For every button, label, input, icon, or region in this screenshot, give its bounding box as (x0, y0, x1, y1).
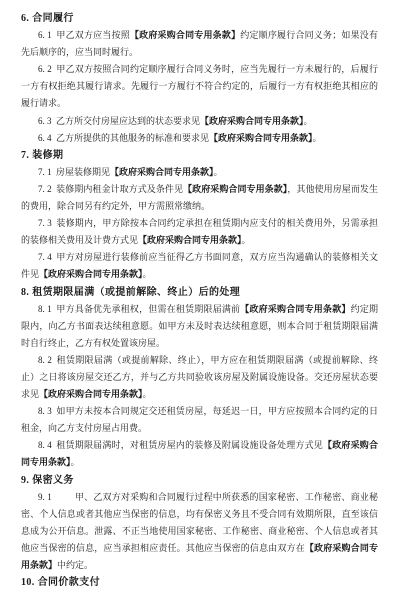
special-terms-reference: 【政府采购合同专用条款】 (240, 304, 350, 314)
section-heading: 7. 装修期 (21, 147, 378, 164)
clause-text: 。 (304, 116, 313, 126)
clause-text: 7. 1 房屋装修期见 (38, 167, 110, 177)
clause-paragraph: 6. 3 乙方所交付房屋应达到的状态要求见【政府采购合同专用条款】。 (21, 113, 378, 130)
clause-text: 6. 3 乙方所交付房屋应达到的状态要求见 (38, 116, 200, 126)
clause-text: 6. 1 甲乙双方应当按照 (38, 30, 130, 40)
section-heading: 10. 合同价款支付 (21, 574, 378, 591)
section-heading: 6. 合同履行 (21, 10, 378, 27)
clause-text: 8. 4 租赁期限届满时，对租赁房屋内的装修及附属设施设备处理方式见 (38, 440, 323, 450)
clause-paragraph: 6. 1 甲乙双方应当按照【政府采购合同专用条款】约定顺序履行合同义务；如果没有… (21, 27, 378, 61)
clause-paragraph: 7. 3 装修期内，甲方除按本合同约定承担在租赁期内应支付的相关费用外，另需承担… (21, 215, 378, 249)
document-body: 6. 合同履行6. 1 甲乙双方应当按照【政府采购合同专用条款】约定顺序履行合同… (21, 10, 378, 591)
clause-paragraph: 7. 1 房屋装修期见【政府采购合同专用条款】。 (21, 164, 378, 181)
clause-paragraph: 6. 2 甲乙双方按照合同约定顺序履行合同义务时，应当先履行一方未履行的，后履行… (21, 61, 378, 112)
clause-paragraph: 7. 4 甲方对房屋进行装修前应当征得乙方书面同意，双方应当沟通确认的装修相关文… (21, 249, 378, 283)
clause-text: 。 (214, 167, 223, 177)
clause-paragraph: 8. 2 租赁期限届满（或提前解除、终止），甲方应在租赁期限届满（或提前解除、终… (21, 352, 378, 403)
contract-page: 6. 合同履行6. 1 甲乙双方应当按照【政府采购合同专用条款】约定顺序履行合同… (0, 0, 398, 594)
clause-text: 中约定。 (57, 560, 93, 570)
special-terms-reference: 【政府采购合同专用条款】 (209, 133, 313, 143)
clause-text: 8. 1 甲方具备优先承租权，但需在租赁期限届满前 (38, 304, 240, 314)
clause-paragraph: 7. 2 装修期内租金计取方式及条件见【政府采购合同专用条款】，其他使用房屋而发… (21, 181, 378, 215)
special-terms-reference: 【政府采购合同专用条款】 (130, 30, 240, 40)
special-terms-reference: 【政府采购合同专用条款】 (39, 389, 143, 399)
section-heading: 9. 保密义务 (21, 472, 378, 489)
special-terms-reference: 6. 合同履行 (21, 13, 74, 24)
special-terms-reference: 9. 保密义务 (21, 475, 74, 486)
special-terms-reference: 【政府采购合同专用条款】 (200, 116, 304, 126)
clause-text: 。 (143, 389, 152, 399)
clause-paragraph: 8. 4 租赁期限届满时，对租赁房屋内的装修及附属设施设备处理方式见【政府采购合… (21, 437, 378, 471)
special-terms-reference: 【政府采购合同专用条款】 (183, 184, 287, 194)
clause-paragraph: 6. 4 乙方所提供的其他服务的标准和要求见【政府采购合同专用条款】。 (21, 130, 378, 147)
clause-text: 8. 3 如甲方未按本合同规定交还租赁房屋，每延迟一日，甲方应按照本合同约定的日… (21, 406, 378, 433)
special-terms-reference: 7. 装修期 (21, 150, 63, 161)
clause-text: 6. 2 甲乙双方按照合同约定顺序履行合同义务时，应当先履行一方未履行的，后履行… (21, 64, 378, 108)
special-terms-reference: 【政府采购合同专用条款】 (110, 167, 214, 177)
clause-text: 。 (313, 133, 322, 143)
special-terms-reference: 【政府采购合同专用条款】 (138, 235, 242, 245)
special-terms-reference: 10. 合同价款支付 (21, 577, 100, 588)
clause-paragraph: 9. 1 甲、乙双方对采购和合同履行过程中所获悉的国家秘密、工作秘密、商业秘密、… (21, 489, 378, 574)
clause-text: 7. 2 装修期内租金计取方式及条件见 (38, 184, 183, 194)
clause-text: 。 (143, 269, 152, 279)
clause-text: 。 (71, 457, 80, 467)
special-terms-reference: 【政府采购合同专用条款】 (39, 269, 143, 279)
section-heading: 8. 租赁期限届满（或提前解除、终止）后的处理 (21, 284, 378, 301)
clause-paragraph: 8. 3 如甲方未按本合同规定交还租赁房屋，每延迟一日，甲方应按照本合同约定的日… (21, 403, 378, 437)
clause-text: 6. 4 乙方所提供的其他服务的标准和要求见 (38, 133, 209, 143)
clause-paragraph: 8. 1 甲方具备优先承租权，但需在租赁期限届满前【政府采购合同专用条款】约定期… (21, 301, 378, 352)
clause-text: 。 (242, 235, 251, 245)
special-terms-reference: 8. 租赁期限届满（或提前解除、终止）后的处理 (21, 287, 240, 298)
